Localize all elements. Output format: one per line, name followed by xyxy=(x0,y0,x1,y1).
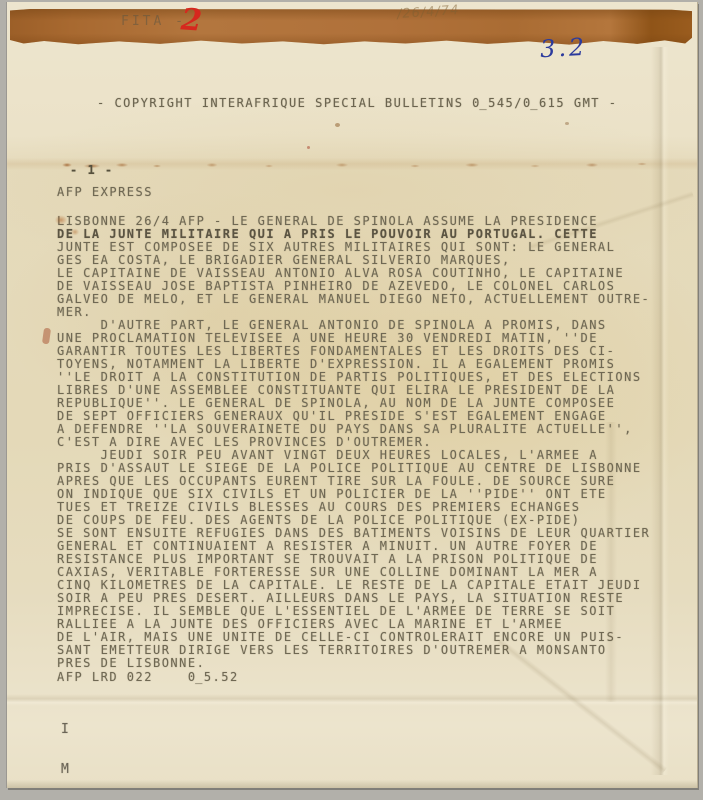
paper-speck xyxy=(307,146,310,149)
paper-speck xyxy=(565,122,569,125)
paper-speck xyxy=(335,123,340,127)
signoff-line: AFP LRD 022 0̲5.52 xyxy=(57,670,239,684)
body-text: LISBONNE 26/4 AFP - LE GENERAL DE SPINOL… xyxy=(57,215,650,670)
rust-mark xyxy=(42,328,51,345)
service-label: AFP EXPRESS xyxy=(57,185,153,199)
telex-paper: FITA - 2 /26/4/74 3.2 - COPYRIGHT INTERA… xyxy=(7,2,698,788)
paper-bottom-edge xyxy=(7,780,697,788)
tape-strip xyxy=(10,9,692,45)
tape-number-red-ink: 2 xyxy=(180,2,203,38)
tape-label: FITA - xyxy=(121,14,186,29)
typed-line: PRES DE LISBONNE. xyxy=(57,657,650,670)
bottom-mark-1: I xyxy=(61,722,70,737)
rust-stain xyxy=(49,210,89,244)
vertical-crease xyxy=(605,422,617,702)
page-number: - 1 - xyxy=(70,163,114,177)
horizontal-fold xyxy=(7,694,697,706)
blue-ink-note: 3.2 xyxy=(539,33,588,63)
copyright-line: - COPYRIGHT INTERAFRIQUE SPECIAL BULLETI… xyxy=(97,96,617,110)
typed-line: GALVEO DE MELO, ET LE GENERAL MANUEL DIE… xyxy=(57,293,650,306)
bottom-mark-2: M xyxy=(61,762,70,777)
vertical-crease xyxy=(651,47,669,775)
